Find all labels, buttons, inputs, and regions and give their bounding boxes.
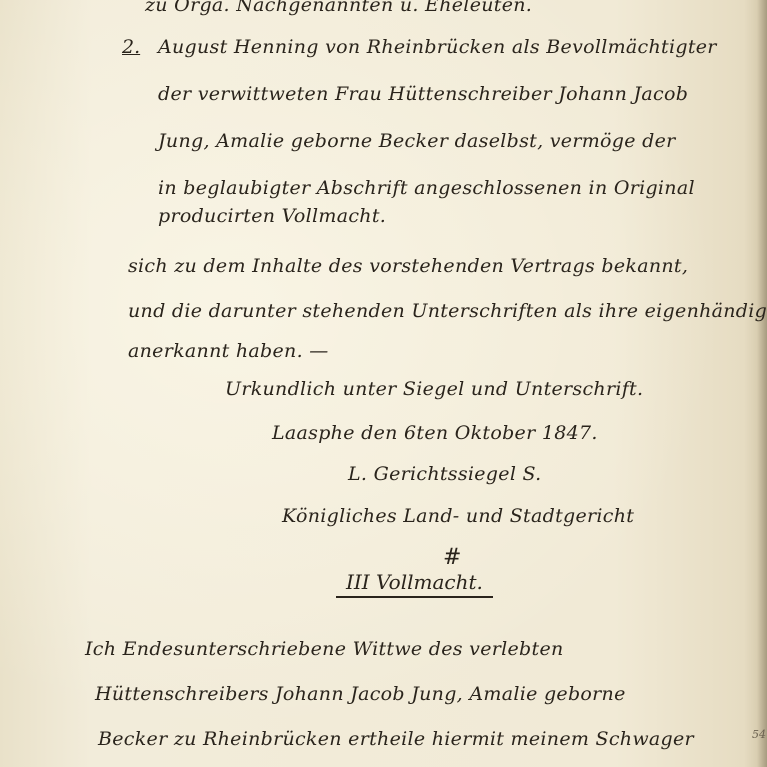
section-line-1: Hüttenschreibers Johann Jacob Jung, Amal… <box>95 683 626 705</box>
place-date: Laasphe den 6ten Oktober 1847. <box>272 422 598 444</box>
margin-page-number: 54 <box>752 728 766 741</box>
text-line-3: Jung, Amalie geborne Becker daselbst, ve… <box>158 130 676 152</box>
text-line-6: sich zu dem Inhalte des vorstehenden Ver… <box>128 255 688 277</box>
section-line-0: Ich Endesunterschriebene Wittwe des verl… <box>85 638 564 660</box>
text-line-2: der verwittweten Frau Hüttenschreiber Jo… <box>158 83 688 105</box>
document-page: zu Orga. Nachgenannten u. Eheleuten. 2. … <box>0 0 767 767</box>
seal-note: L. Gerichtssiegel S. <box>348 463 542 485</box>
closing-formula: Urkundlich unter Siegel und Unterschrift… <box>225 378 643 400</box>
text-line-4: in beglaubigter Abschrift angeschlossene… <box>158 177 695 199</box>
section-heading: III Vollmacht. <box>336 570 493 598</box>
section-line-2: Becker zu Rheinbrücken ertheile hiermit … <box>98 728 694 750</box>
item-number: 2. <box>122 36 140 58</box>
text-line-7: und die darunter stehenden Unterschrifte… <box>128 300 767 322</box>
separator-mark: # <box>443 545 461 570</box>
court-name: Königliches Land- und Stadtgericht <box>282 505 634 527</box>
text-line-1: August Henning von Rheinbrücken als Bevo… <box>158 36 717 58</box>
text-line-8: anerkannt haben. — <box>128 340 329 362</box>
text-line-5: producirten Vollmacht. <box>158 205 386 227</box>
page-edge-shadow <box>757 0 767 767</box>
text-line-0: zu Orga. Nachgenannten u. Eheleuten. <box>145 0 532 16</box>
